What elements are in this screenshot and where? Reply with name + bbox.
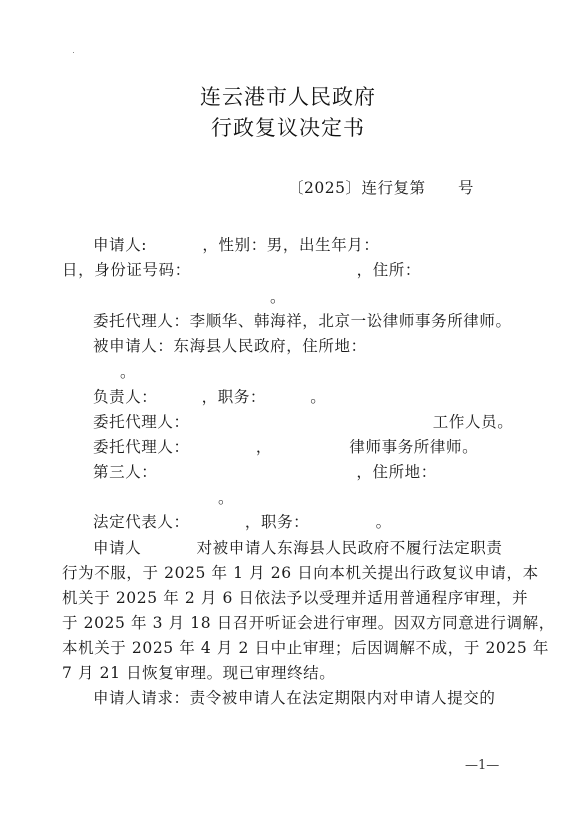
case-body-line-3: 机关于 2025 年 2 月 6 日依法予以受理并适用普通程序审理，并 bbox=[62, 588, 528, 608]
document-number: 〔2025〕连行复第 号 bbox=[288, 176, 474, 198]
case-body-line-6: 7 月 21 日恢复审理。现已审理终结。 bbox=[62, 663, 335, 683]
respondent-agent-line-2: 委托代理人： ， 律师事务所律师。 bbox=[93, 437, 478, 457]
legal-representative-line: 法定代表人： ，职务： 。 bbox=[93, 512, 392, 532]
document-title-type: 行政复议决定书 bbox=[0, 112, 576, 142]
applicant-address-end: 。 bbox=[270, 287, 286, 307]
respondent-agent-line-1: 委托代理人： 工作人员。 bbox=[93, 412, 513, 432]
case-body-line-1: 申请人 对被申请人东海县人民政府不履行法定职责 bbox=[93, 538, 502, 558]
respondent-address-end: 。 bbox=[120, 362, 136, 382]
case-body-line-5: 本机关于 2025 年 4 月 2 日中止审理；后因调解不成，于 2025 年 bbox=[62, 638, 549, 658]
scan-artifact-dot bbox=[73, 52, 74, 53]
third-party-address-end: 。 bbox=[218, 488, 234, 508]
third-party-line: 第三人： ，住所地： bbox=[93, 462, 437, 482]
applicant-agent-line: 委托代理人：李顺华、韩海祥，北京一讼律师事务所律师。 bbox=[93, 311, 512, 331]
case-body-line-2: 行为不服，于 2025 年 1 月 26 日向本机关提出行政复议申请，本 bbox=[62, 563, 539, 583]
respondent-head-line: 负责人： ，职务： 。 bbox=[93, 387, 326, 407]
request-line-1: 申请人请求：责令被申请人在法定期限内对申请人提交的 bbox=[93, 688, 496, 708]
respondent-line: 被申请人：东海县人民政府，住所地： bbox=[93, 336, 367, 356]
document-title-issuer: 连云港市人民政府 bbox=[0, 81, 576, 111]
case-body-line-4: 于 2025 年 3 月 18 日召开听证会进行审理。因双方同意进行调解， bbox=[62, 613, 555, 633]
applicant-id-line: 日，身份证号码： ，住所： bbox=[62, 260, 421, 280]
applicant-line: 申请人: ，性别：男，出生年月： bbox=[93, 235, 380, 255]
page-number: —1— bbox=[465, 758, 499, 773]
